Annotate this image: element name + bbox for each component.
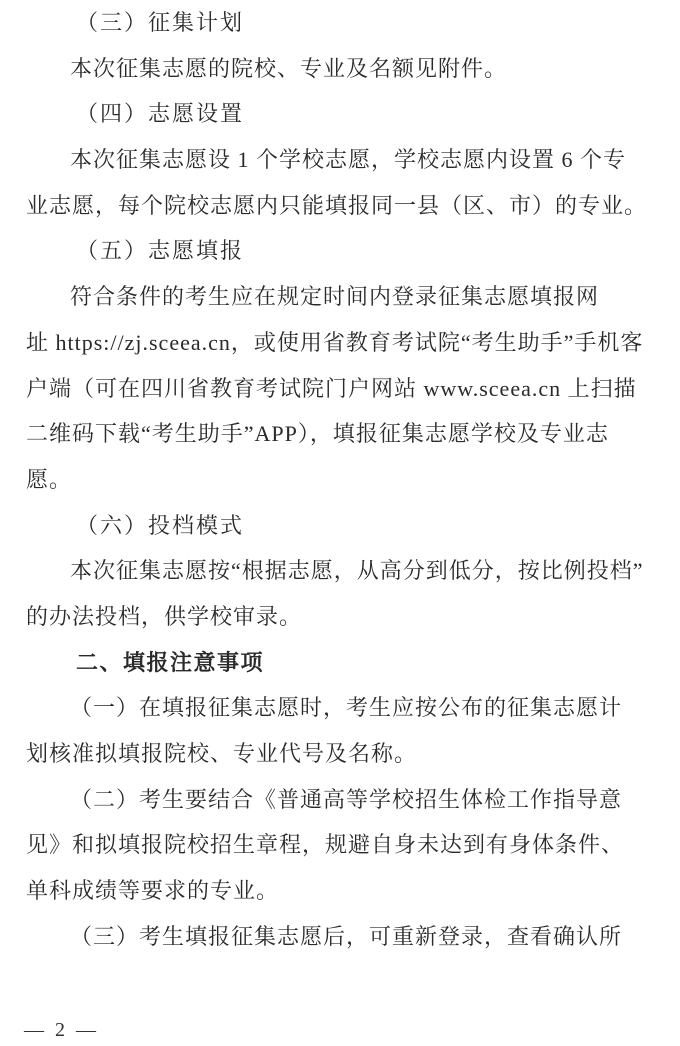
para-filling-line-1: 符合条件的考生应在规定时间内登录征集志愿填报网	[26, 274, 658, 320]
para-filling-line-5: 愿。	[26, 457, 658, 503]
document-body: （三）征集计划 本次征集志愿的院校、专业及名额见附件。 （四）志愿设置 本次征集…	[26, 0, 658, 959]
heading-section-6: （六）投档模式	[26, 503, 658, 549]
page-number: — 2 —	[24, 1018, 99, 1042]
para-setup-line-2: 业志愿，每个院校志愿内只能填报同一县（区、市）的专业。	[26, 183, 658, 229]
para-setup-line-1: 本次征集志愿设 1 个学校志愿，学校志愿内设置 6 个专	[26, 137, 658, 183]
heading-notes: 二、填报注意事项	[26, 640, 658, 686]
para-mode-line-2: 的办法投档，供学校审录。	[26, 594, 658, 640]
para-filling-line-4: 二维码下载“考生助手”APP），填报征集志愿学校及专业志	[26, 411, 658, 457]
para-plan-line-1: 本次征集志愿的院校、专业及名额见附件。	[26, 46, 658, 92]
para-filling-line-2: 址 https://zj.sceea.cn，或使用省教育考试院“考生助手”手机客	[26, 320, 658, 366]
heading-section-3: （三）征集计划	[26, 0, 658, 46]
para-note2-line-2: 见》和拟填报院校招生章程，规避自身未达到有身体条件、	[26, 822, 658, 868]
para-note1-line-1: （一）在填报征集志愿时，考生应按公布的征集志愿计	[26, 685, 658, 731]
para-note3-line-1: （三）考生填报征集志愿后，可重新登录，查看确认所	[26, 914, 658, 960]
para-mode-line-1: 本次征集志愿按“根据志愿，从高分到低分，按比例投档”	[26, 548, 658, 594]
document-page: （三）征集计划 本次征集志愿的院校、专业及名额见附件。 （四）志愿设置 本次征集…	[0, 0, 680, 1046]
heading-section-4: （四）志愿设置	[26, 91, 658, 137]
para-note2-line-1: （二）考生要结合《普通高等学校招生体检工作指导意	[26, 777, 658, 823]
para-note1-line-2: 划核准拟填报院校、专业代号及名称。	[26, 731, 658, 777]
heading-section-5: （五）志愿填报	[26, 228, 658, 274]
para-filling-line-3: 户端（可在四川省教育考试院门户网站 www.sceea.cn 上扫描	[26, 366, 658, 412]
para-note2-line-3: 单科成绩等要求的专业。	[26, 868, 658, 914]
